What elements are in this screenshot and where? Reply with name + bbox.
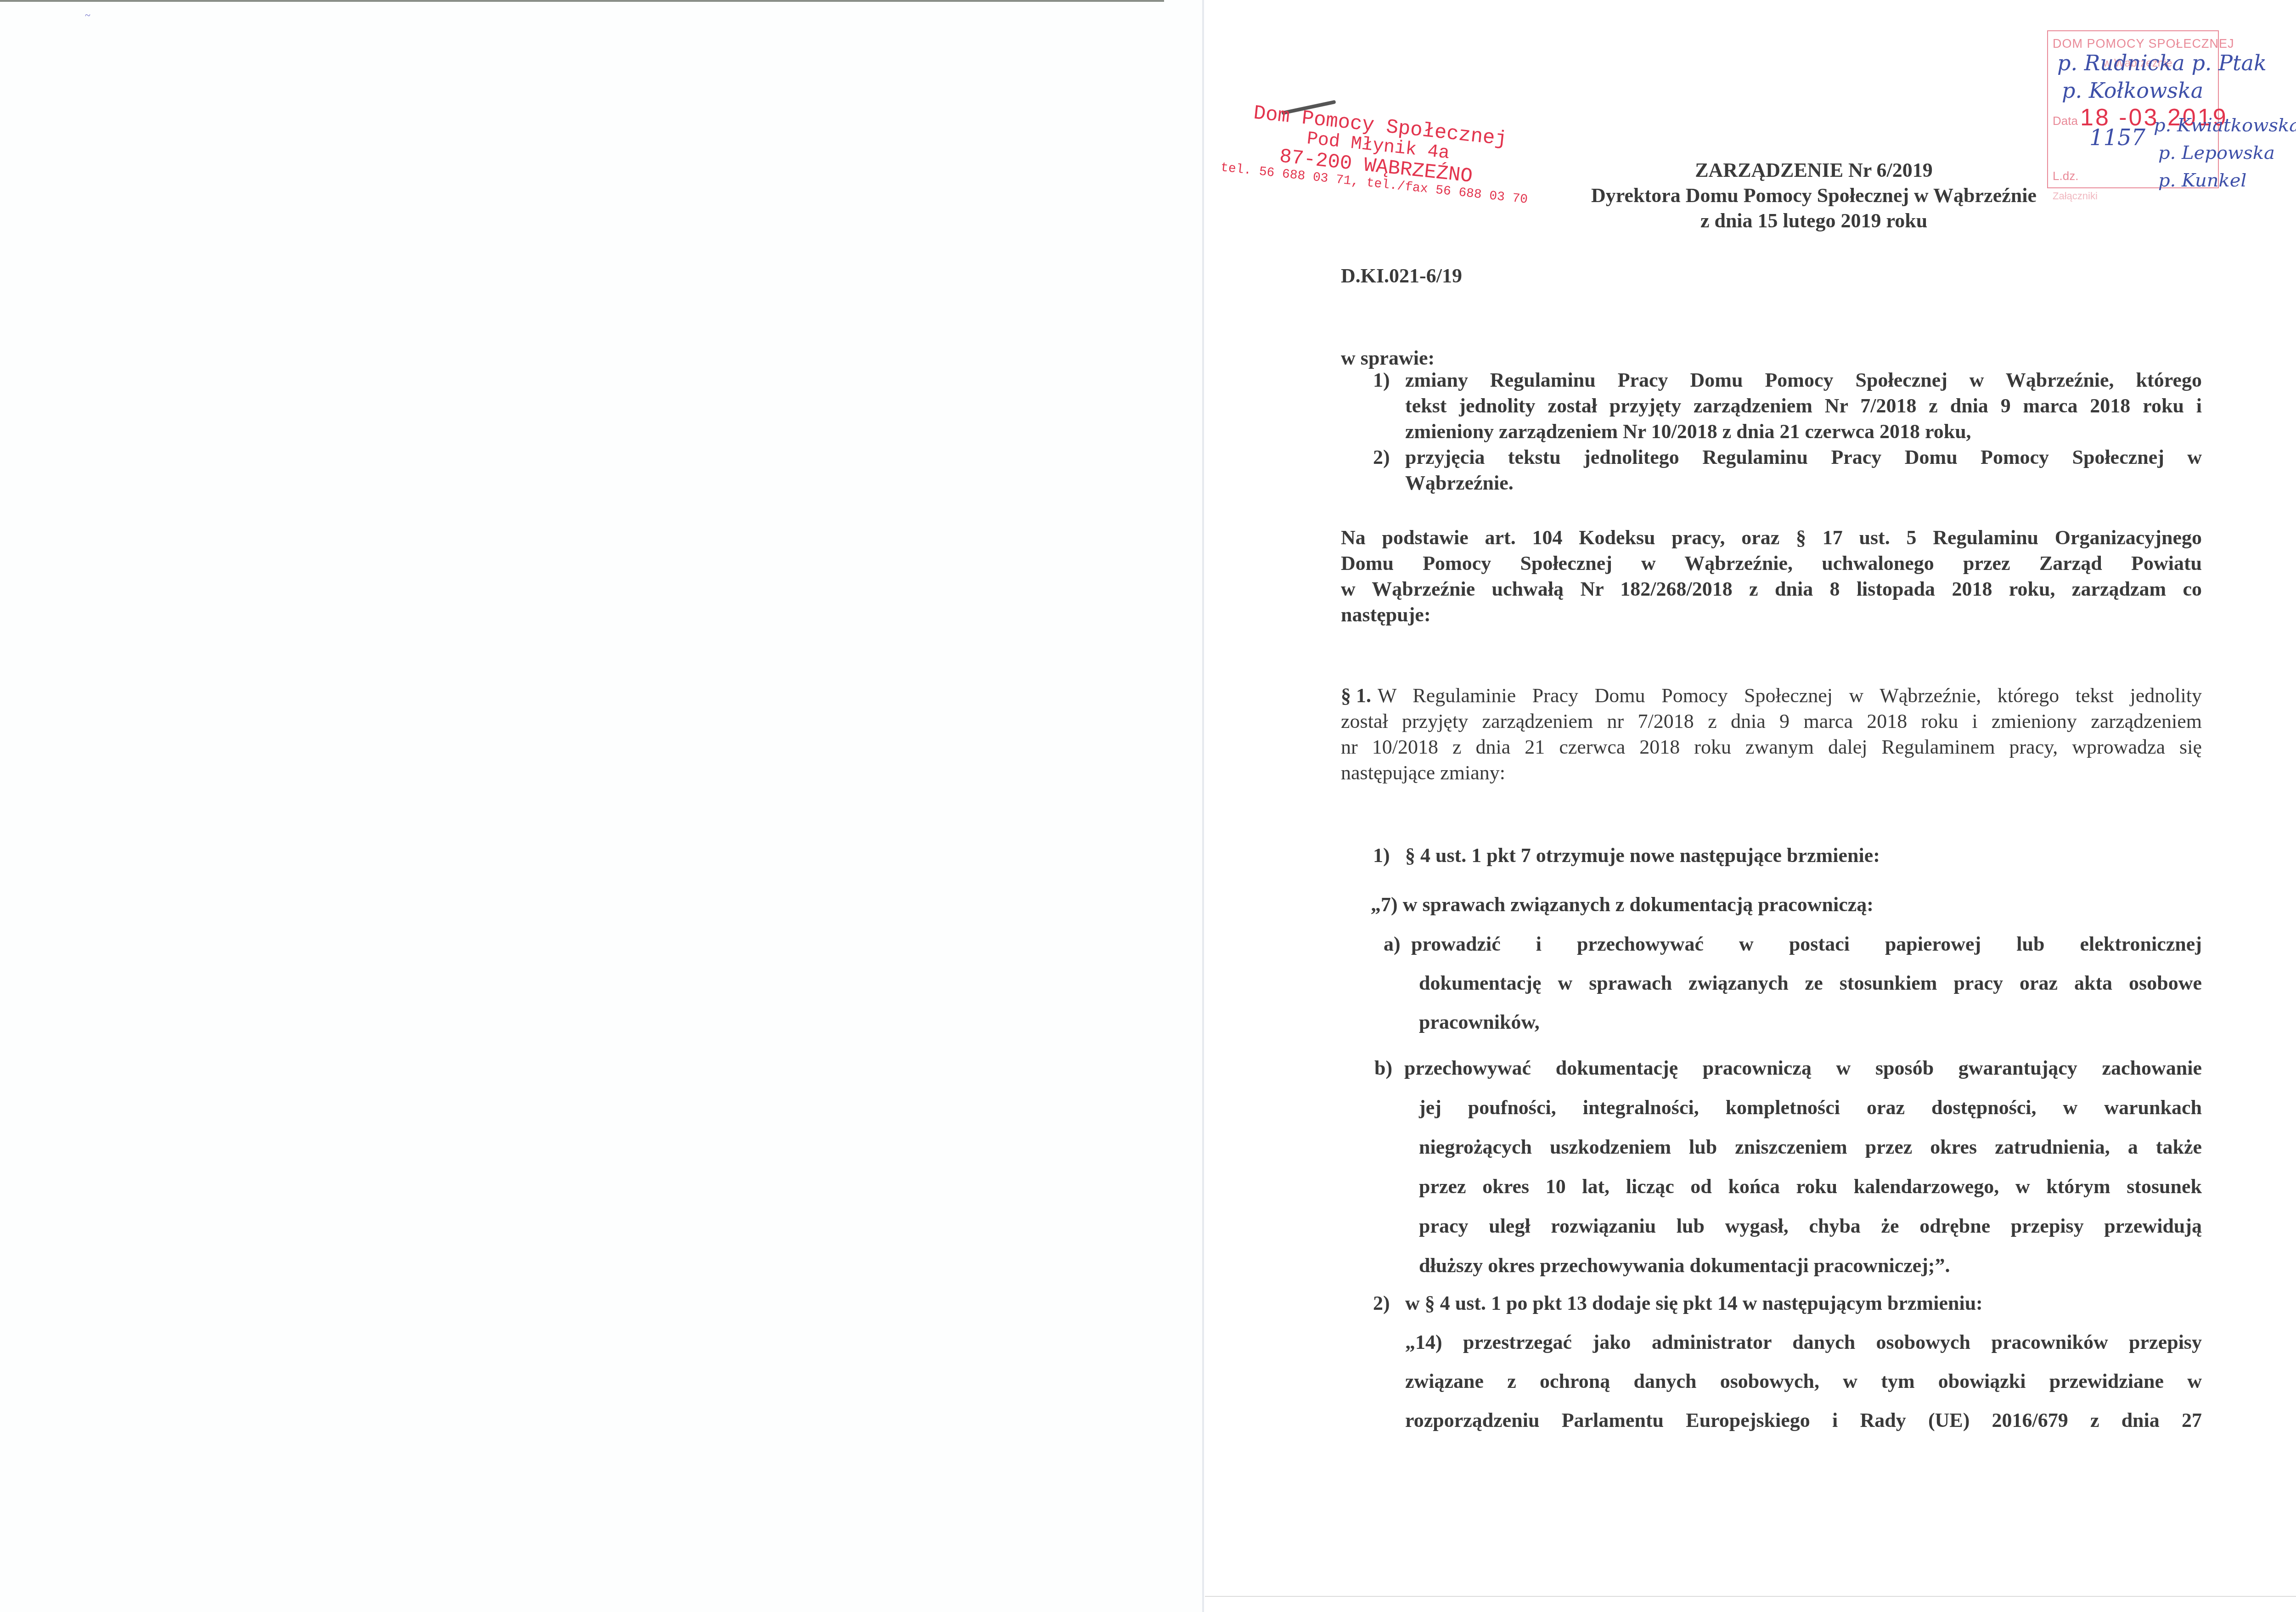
change-2-line-2: związane z ochroną danych osobowych, w t… <box>1405 1369 2202 1394</box>
change-1-item-a-line-2: dokumentację w sprawach związanych ze st… <box>1419 970 2202 996</box>
change-1-item-b-line-6: dłuższy okres przechowywania dokumentacj… <box>1419 1253 1950 1279</box>
handwritten-line-3: p. Kwiatkowska <box>2154 115 2296 136</box>
change-1-item-b-line-3: niegrożących uszkodzeniem lub zniszczeni… <box>1419 1134 2202 1160</box>
change-1-item-b-letter: b) <box>1374 1055 1392 1081</box>
change-1-item-a-line-1: prowadzić i przechowywać w postaci papie… <box>1411 931 2202 957</box>
handwritten-line-1: p. Rudnicka p. Ptak <box>2057 51 2267 75</box>
change-1-item-b-line-5: pracy uległ rozwiązaniu lub wygasł, chyb… <box>1419 1213 2202 1239</box>
change-1-quote-intro: „7) w sprawach związanych z dokumentacją… <box>1371 892 1874 918</box>
legal-basis-line-2: Domu Pomocy Społecznej w Wąbrzeźnie, uch… <box>1341 551 2202 576</box>
change-2-line-3: rozporządzeniu Parlamentu Europejskiego … <box>1405 1408 2202 1433</box>
section-1-line-4: następujące zmiany: <box>1341 760 1505 786</box>
subject-item-1-line-1: zmiany Regulaminu Pracy Domu Pomocy Społ… <box>1405 367 2202 393</box>
change-1-item-b-line-4: przez okres 10 lat, licząc od końca roku… <box>1419 1174 2202 1200</box>
change-1-item-b-line-1: przechowywać dokumentację pracowniczą w … <box>1404 1055 2202 1081</box>
section-1-marker: § 1. <box>1341 683 1371 709</box>
subject-item-2-number: 2) <box>1373 445 1390 470</box>
subject-item-1-line-3: zmieniony zarządzeniem Nr 10/2018 z dnia… <box>1405 419 1971 445</box>
document-date: z dnia 15 lutego 2019 roku <box>1446 209 2181 232</box>
received-stamp-header: DOM POMOCY SPOŁECZNEJ <box>2053 37 2234 51</box>
subject-item-2-line-1: przyjęcia tekstu jednolitego Regulaminu … <box>1405 445 2202 470</box>
change-1-item-a-letter: a) <box>1384 931 1401 957</box>
change-2-heading: w § 4 ust. 1 po pkt 13 dodaje się pkt 14… <box>1405 1291 1983 1316</box>
change-1-item-a-line-3: pracowników, <box>1419 1009 1540 1035</box>
change-1-item-b-line-2: jej poufności, integralności, kompletnoś… <box>1419 1095 2202 1121</box>
received-date-label: Data <box>2053 114 2078 128</box>
legal-basis-line-1: Na podstawie art. 104 Kodeksu pracy, ora… <box>1341 525 2202 551</box>
right-page <box>1205 0 2296 1597</box>
legal-basis-line-4: następuje: <box>1341 602 1431 628</box>
handwritten-ldz-number: 1157 <box>2089 125 2145 151</box>
subject-item-1-line-2: tekst jednolity został przyjęty zarządze… <box>1405 393 2202 419</box>
attachments-label: Załączniki <box>2053 190 2098 202</box>
ink-speck: ~ <box>85 9 90 21</box>
handwritten-line-2: p. Kołkowska <box>2062 78 2203 103</box>
change-1-number: 1) <box>1373 843 1390 868</box>
legal-basis-line-3: w Wąbrzeźnie uchwałą Nr 182/268/2018 z d… <box>1341 576 2202 602</box>
handwritten-line-5: p. Kunkel <box>2158 170 2246 191</box>
section-1-line-3: nr 10/2018 z dnia 21 czerwca 2018 roku z… <box>1341 734 2202 760</box>
subject-item-1-number: 1) <box>1373 367 1390 393</box>
handwritten-line-4: p. Lepowska <box>2158 142 2275 163</box>
page-divider <box>1202 0 1204 1612</box>
ldz-label: L.dz. <box>2053 169 2078 183</box>
subject-item-2-line-2: Wąbrzeźnie. <box>1405 470 1514 496</box>
section-1-line-2: został przyjęty zarządzeniem nr 7/2018 z… <box>1341 709 2202 734</box>
change-2-number: 2) <box>1373 1291 1390 1316</box>
left-page-blank: ~ <box>0 0 1202 1612</box>
change-1-heading: § 4 ust. 1 pkt 7 otrzymuje nowe następuj… <box>1405 843 1880 868</box>
reference-number: D.KI.021-6/19 <box>1341 263 1462 289</box>
left-page-top-edge <box>0 0 1164 2</box>
section-1-line-1: W Regulaminie Pracy Domu Pomocy Społeczn… <box>1378 683 2202 709</box>
change-2-line-1: „14) przestrzegać jako administrator dan… <box>1405 1330 2202 1355</box>
